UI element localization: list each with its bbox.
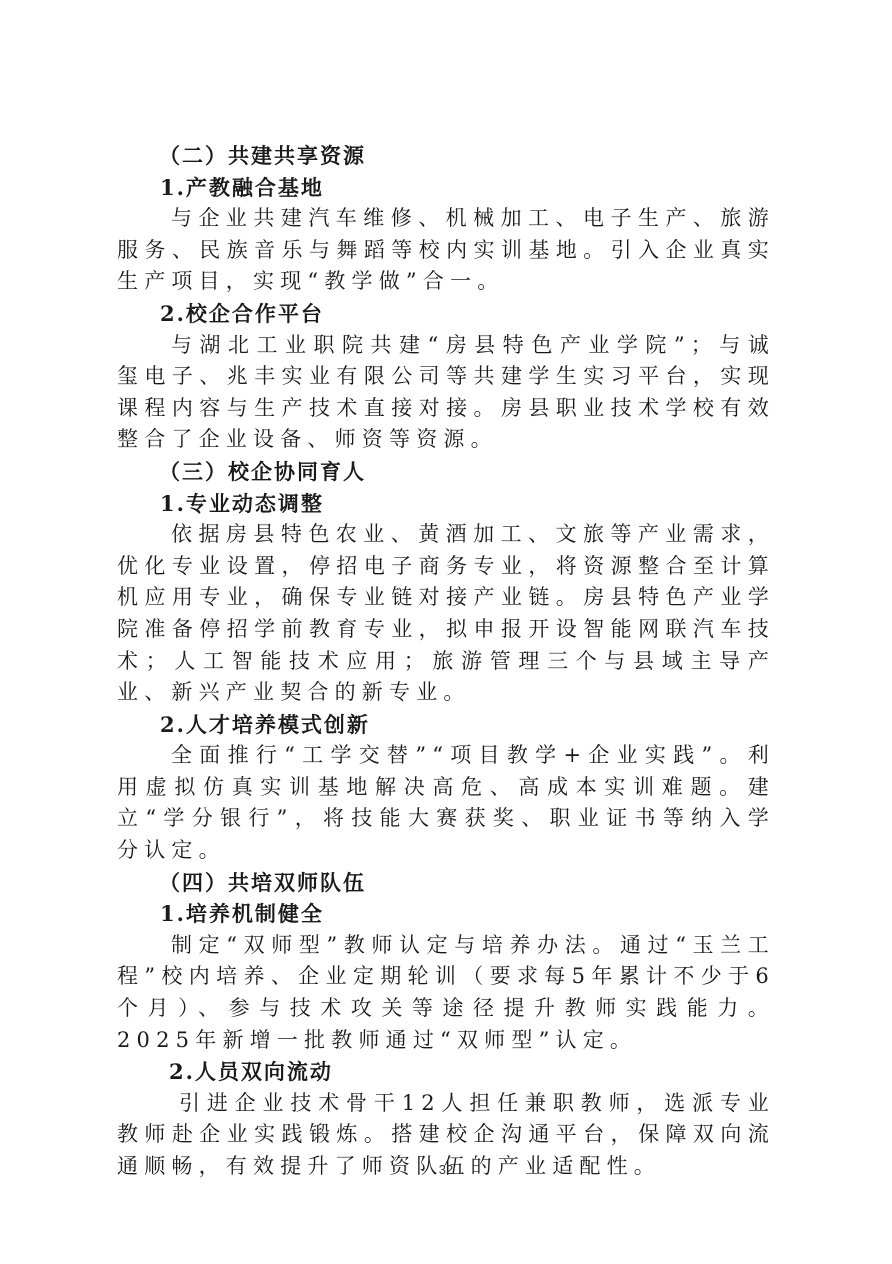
subsection-heading: 1.培养机制健全 [117, 898, 775, 930]
document-page: （二）共建共享资源 1.产教融合基地 与企业共建汽车维修、机械加工、电子生产、旅… [117, 140, 775, 1183]
subsection-heading: 2.校企合作平台 [117, 298, 775, 330]
section-heading: （四）共培双师队伍 [117, 867, 775, 899]
paragraph: 制定“双师型”教师认定与培养办法。通过“玉兰工程”校内培养、企业定期轮训（要求每… [117, 930, 775, 1056]
subsection-heading: 2.人才培养模式创新 [117, 709, 775, 741]
paragraph: 全面推行“工学交替”“项目教学+企业实践”。利用虚拟仿真实训基地解决高危、高成本… [117, 740, 775, 866]
section-heading: （三）校企协同育人 [117, 456, 775, 488]
subsection-heading: 1.产教融合基地 [117, 172, 775, 204]
section-heading: （二）共建共享资源 [117, 140, 775, 172]
paragraph: 依据房县特色农业、黄酒加工、文旅等产业需求，优化专业设置，停招电子商务专业，将资… [117, 519, 775, 709]
paragraph: 与湖北工业职院共建“房县特色产业学院”；与诚玺电子、兆丰实业有限公司等共建学生实… [117, 330, 775, 456]
subsection-heading: 1.专业动态调整 [117, 488, 775, 520]
page-number: 32 [0, 1162, 892, 1177]
subsection-heading: 2.人员双向流动 [117, 1056, 775, 1088]
paragraph: 与企业共建汽车维修、机械加工、电子生产、旅游服务、民族音乐与舞蹈等校内实训基地。… [117, 203, 775, 298]
